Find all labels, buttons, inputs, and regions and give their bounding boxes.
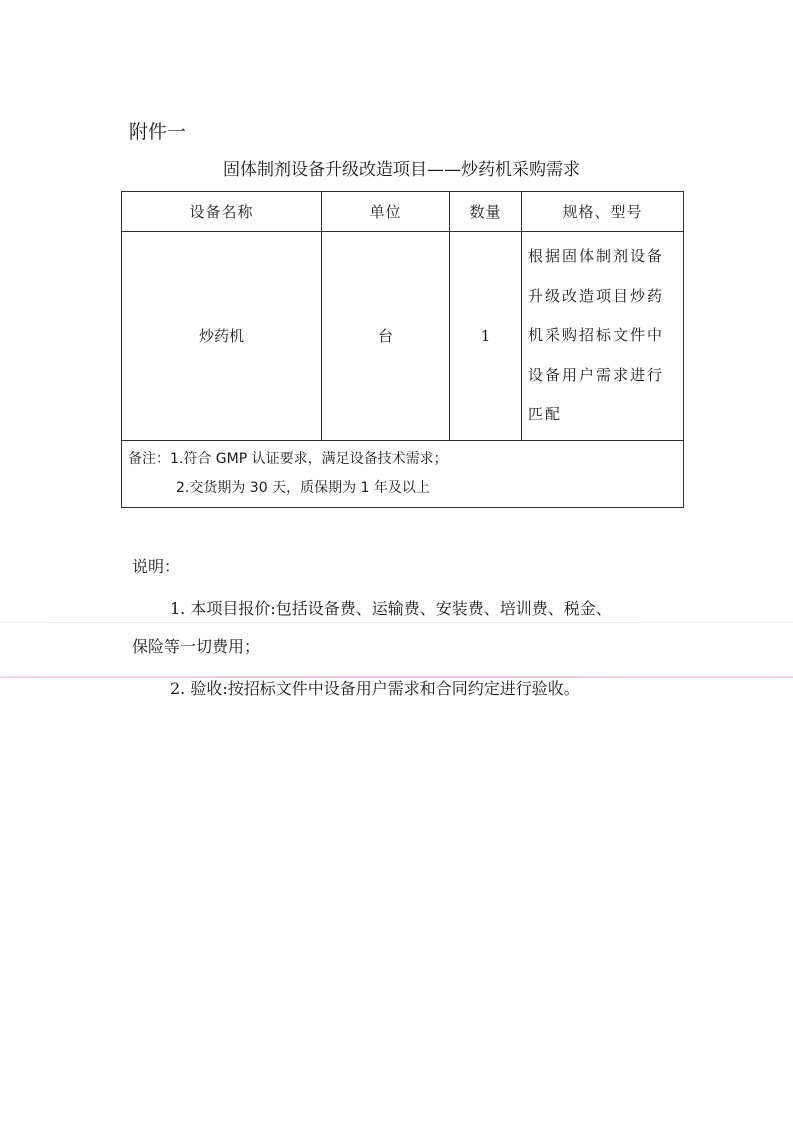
cell-notes: 备注：1.符合 GMP 认证要求，满足设备技术需求； 2.交货期为 30 天，质… [122,440,684,507]
note-line-2: 2.交货期为 30 天，质保期为 1 年及以上 [128,474,677,503]
notes-row: 备注：1.符合 GMP 认证要求，满足设备技术需求； 2.交货期为 30 天，质… [122,440,684,507]
spec-line: 机采购招标文件中 [528,316,679,356]
attachment-label: 附件一 [129,117,186,144]
cell-spec-model: 根据固体制剂设备 升级改造项目炒药 机采购招标文件中 设备用户需求进行 匹配 [522,232,684,441]
header-unit: 单位 [322,192,450,232]
cell-quantity: 1 [450,232,522,441]
header-spec-model: 规格、型号 [522,192,684,232]
note-line-1: 备注：1.符合 GMP 认证要求，满足设备技术需求； [128,445,677,474]
cell-equipment-name: 炒药机 [122,232,322,441]
header-quantity: 数量 [450,192,522,232]
table-row: 炒药机 台 1 根据固体制剂设备 升级改造项目炒药 机采购招标文件中 设备用户需… [122,232,684,441]
spec-line: 升级改造项目炒药 [528,277,679,317]
spec-line: 匹配 [528,395,679,435]
scan-artifact-line [0,622,793,623]
table-header-row: 设备名称 单位 数量 规格、型号 [122,192,684,232]
requirements-table: 设备名称 单位 数量 规格、型号 炒药机 台 1 根据固体制剂设备 升级改造项目… [121,191,684,508]
header-equipment-name: 设备名称 [122,192,322,232]
explanation-item-1-continued: 保险等一切费用； [132,634,260,657]
cell-unit: 台 [322,232,450,441]
document-title: 固体制剂设备升级改造项目——炒药机采购需求 [120,155,683,180]
explanation-heading: 说明： [132,554,180,577]
spec-line: 设备用户需求进行 [528,356,679,396]
explanation-item-1: 1. 本项目报价:包括设备费、运输费、安装费、培训费、税金、 [170,596,612,619]
explanation-item-2: 2. 验收:按招标文件中设备用户需求和合同约定进行验收。 [170,676,580,699]
spec-line: 根据固体制剂设备 [528,237,679,277]
